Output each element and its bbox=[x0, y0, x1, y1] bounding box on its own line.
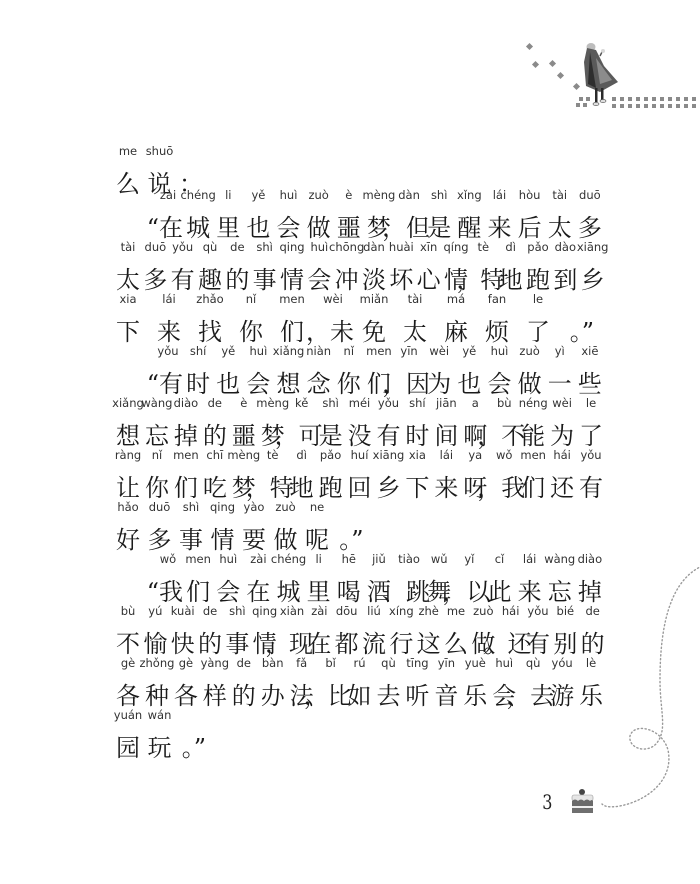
hanzi-char: 都 bbox=[332, 624, 362, 659]
hanzi-char: 让 bbox=[113, 468, 143, 503]
hanzi-char: 喝 bbox=[334, 572, 364, 607]
pinyin-row: tàiduōyǒuqùdeshìqinghuìchōngdànhuàixīnqí… bbox=[113, 240, 613, 256]
hanzi-char: 乡 bbox=[578, 260, 608, 295]
hanzi-char: 也 bbox=[243, 208, 273, 243]
hanzi-char: “我 bbox=[141, 572, 183, 607]
hanzi-row: “我们会在城里喝酒、跳舞，以此来忘掉 bbox=[113, 572, 613, 606]
hanzi-char: 太 bbox=[545, 208, 575, 243]
hanzi-char: 来 bbox=[484, 208, 514, 243]
hanzi-char: ，比 bbox=[304, 676, 346, 711]
hanzi-char: 的 bbox=[229, 676, 259, 711]
hanzi-char: 是 bbox=[316, 416, 346, 451]
hanzi-char: 么 bbox=[441, 624, 471, 659]
hanzi-char: 也 bbox=[454, 364, 484, 399]
hanzi-char: 没 bbox=[345, 416, 375, 451]
hanzi-char: 时 bbox=[402, 416, 432, 451]
hanzi-char: 们 bbox=[183, 572, 213, 607]
hanzi-char: 来 bbox=[515, 572, 545, 607]
pinyin-row: meshuō bbox=[113, 144, 613, 160]
hanzi-char: 各 bbox=[113, 676, 143, 711]
hanzi-char: 多 bbox=[575, 208, 605, 243]
hanzi-char: 来 bbox=[154, 312, 184, 347]
pinyin-row: hǎoduōshìqingyàozuòne bbox=[113, 500, 613, 516]
dotted-swirl-line-icon bbox=[602, 566, 700, 807]
hanzi-char: 想 bbox=[274, 364, 304, 399]
hanzi-char: 做 bbox=[515, 364, 545, 399]
hanzi-char: 噩 bbox=[229, 416, 259, 451]
hanzi-char: 烦 bbox=[482, 312, 512, 347]
pinyin-row: gèzhǒnggèyàngdebànfǎbǐrúqùtīngyīnyuèhuìq… bbox=[113, 656, 613, 672]
hanzi-char: 会 bbox=[243, 364, 273, 399]
pinyin-syllable: le bbox=[566, 396, 616, 410]
hanzi-char: 好 bbox=[113, 520, 143, 555]
hanzi-char: 跑 bbox=[316, 468, 346, 503]
hanzi-char: 乐 bbox=[576, 676, 606, 711]
hanzi-char: 如 bbox=[345, 676, 375, 711]
pinyin-syllable: diào bbox=[565, 552, 615, 566]
hanzi-char: 别 bbox=[550, 624, 580, 659]
hanzi-char: ，特 bbox=[246, 468, 288, 503]
pinyin-syllable: duō bbox=[565, 188, 615, 202]
pinyin-row: wǒmenhuìzàichénglihējiǔtiàowǔyǐcǐláiwàng… bbox=[113, 552, 613, 568]
hanzi-char: ，现 bbox=[265, 624, 307, 659]
hanzi-char: 能 bbox=[518, 416, 548, 451]
pinyin-syllable: wán bbox=[135, 708, 185, 722]
hanzi-char: 。” bbox=[322, 520, 364, 555]
hanzi-char: 心 bbox=[414, 260, 444, 295]
hanzi-char: 的 bbox=[195, 624, 225, 659]
hanzi-char: 坏 bbox=[386, 260, 416, 295]
pinyin-syllable: ne bbox=[292, 500, 342, 514]
hanzi-row: “在城里也会做噩梦，但是醒来后太多 bbox=[113, 208, 613, 242]
hanzi-char: 间 bbox=[431, 416, 461, 451]
hanzi-char: 些 bbox=[575, 364, 605, 399]
hanzi-char: 做 bbox=[271, 520, 301, 555]
hanzi-char: 里 bbox=[304, 572, 334, 607]
hanzi-char: 。” bbox=[164, 728, 206, 763]
hanzi-char: ，但 bbox=[382, 208, 424, 243]
pinyin-row: yǒushíyěhuìxiǎngniànnǐmenyīnwèiyěhuìzuòy… bbox=[113, 344, 613, 360]
hanzi-char: 想 bbox=[113, 416, 143, 451]
pinyin-row: bùyúkuàideshìqingxiànzàidōuliúxíngzhèmez… bbox=[113, 604, 613, 620]
hanzi-char: 多 bbox=[145, 520, 175, 555]
pinyin-syllable: yǒu bbox=[566, 448, 616, 462]
hanzi-char: 做 bbox=[304, 208, 334, 243]
cake-icon bbox=[572, 789, 593, 813]
hanzi-char: 乡 bbox=[373, 468, 403, 503]
hanzi-char: 你 bbox=[236, 312, 266, 347]
hanzi-char: 醒 bbox=[454, 208, 484, 243]
hanzi-char: 忘 bbox=[142, 416, 172, 451]
hanzi-char: 掉 bbox=[575, 572, 605, 607]
hanzi-char: 下 bbox=[402, 468, 432, 503]
storybook-page: meshuō么说： zàichéngliyěhuìzuòèmèngdànshìx… bbox=[0, 0, 700, 884]
hanzi-char: 会 bbox=[484, 364, 514, 399]
pinyin-row: xialáizhǎonǐmenwèimiǎntàimáfanle bbox=[113, 292, 613, 308]
hanzi-char: 念 bbox=[304, 364, 334, 399]
hanzi-char: “在 bbox=[141, 208, 183, 243]
hanzi-char: 。还 bbox=[484, 624, 526, 659]
hanzi-char: 这 bbox=[414, 624, 444, 659]
hanzi-char: 你 bbox=[334, 364, 364, 399]
hanzi-char: 样 bbox=[200, 676, 230, 711]
hanzi-char: 有 bbox=[576, 468, 606, 503]
hanzi-char: “有 bbox=[141, 364, 183, 399]
hanzi-char: 办 bbox=[258, 676, 288, 711]
hanzi-char: 你 bbox=[142, 468, 172, 503]
hanzi-char: 有 bbox=[523, 624, 553, 659]
pinyin-syllable: xiāng bbox=[568, 240, 618, 254]
cloaked-figure-icon bbox=[584, 43, 618, 106]
hanzi-char: 情 bbox=[277, 260, 307, 295]
hanzi-char: 了 bbox=[523, 312, 553, 347]
scattered-dots-icon bbox=[526, 43, 580, 90]
hanzi-char: 里 bbox=[213, 208, 243, 243]
hanzi-char: 免 bbox=[359, 312, 389, 347]
hanzi-row: 园玩。” bbox=[113, 728, 613, 762]
hanzi-char: 、跳 bbox=[382, 572, 424, 607]
hanzi-char: 太 bbox=[400, 312, 430, 347]
hanzi-char: 噩 bbox=[334, 208, 364, 243]
hanzi-char: 下 bbox=[113, 312, 143, 347]
hanzi-char: 麻 bbox=[441, 312, 471, 347]
hanzi-char: 会 bbox=[304, 260, 334, 295]
hanzi-char: 也 bbox=[213, 364, 243, 399]
hanzi-char: 在 bbox=[304, 624, 334, 659]
hanzi-char: 去 bbox=[373, 676, 403, 711]
hanzi-char: 事 bbox=[176, 520, 206, 555]
hanzi-char: 流 bbox=[359, 624, 389, 659]
hanzi-char: 是 bbox=[424, 208, 454, 243]
hanzi-char: 事 bbox=[250, 260, 280, 295]
hanzi-char: 有 bbox=[373, 416, 403, 451]
hanzi-char: ，未 bbox=[306, 312, 348, 347]
page-number: 3 bbox=[542, 790, 552, 814]
hanzi-row: 下来找你们，未免太麻烦了。” bbox=[113, 312, 613, 346]
hanzi-char: 不 bbox=[113, 624, 143, 659]
hanzi-char: 城 bbox=[183, 208, 213, 243]
hanzi-char: 地 bbox=[287, 468, 317, 503]
pinyin-syllable: lè bbox=[566, 656, 616, 670]
hanzi-char: 园 bbox=[113, 728, 143, 763]
hanzi-char: 在 bbox=[243, 572, 273, 607]
hanzi-char: 此 bbox=[484, 572, 514, 607]
hanzi-row: 好多事情要做呢。” bbox=[113, 520, 613, 554]
hanzi-char: 的 bbox=[222, 260, 252, 295]
hanzi-char: 们 bbox=[171, 468, 201, 503]
hanzi-char: 各 bbox=[171, 676, 201, 711]
pinyin-row: zàichéngliyěhuìzuòèmèngdànshìxǐngláihòut… bbox=[113, 188, 613, 204]
hanzi-char: 掉 bbox=[171, 416, 201, 451]
hanzi-char: ，去 bbox=[506, 676, 548, 711]
hanzi-char: ，因 bbox=[382, 364, 424, 399]
hanzi-char: 太 bbox=[113, 260, 143, 295]
hanzi-row: 想忘掉的噩梦，可是没有时间啊，不能为了 bbox=[113, 416, 613, 450]
hanzi-char: 忘 bbox=[545, 572, 575, 607]
hanzi-char: 一 bbox=[545, 364, 575, 399]
hanzi-char: 来 bbox=[431, 468, 461, 503]
hanzi-char: ，可 bbox=[275, 416, 317, 451]
hanzi-char: 吃 bbox=[200, 468, 230, 503]
hanzi-char: 快 bbox=[168, 624, 198, 659]
hanzi-char: 到 bbox=[550, 260, 580, 295]
hanzi-char: 愉 bbox=[140, 624, 170, 659]
hanzi-char: 事 bbox=[222, 624, 252, 659]
pinyin-syllable: xiē bbox=[565, 344, 615, 358]
hanzi-row: 太多有趣的事情会冲淡坏心情，特地跑到乡 bbox=[113, 260, 613, 294]
hanzi-char: 游 bbox=[547, 676, 577, 711]
hanzi-char: 种 bbox=[142, 676, 172, 711]
hanzi-char: 时 bbox=[183, 364, 213, 399]
hanzi-char: 音 bbox=[431, 676, 461, 711]
hanzi-char: 会 bbox=[213, 572, 243, 607]
hanzi-row: 各种各样的办法，比如去听音乐会，去游乐 bbox=[113, 676, 613, 710]
pinyin-syllable: de bbox=[568, 604, 618, 618]
hanzi-char: 回 bbox=[345, 468, 375, 503]
hanzi-char: 听 bbox=[402, 676, 432, 711]
hanzi-char: 地 bbox=[496, 260, 526, 295]
hanzi-char: 趣 bbox=[195, 260, 225, 295]
dotted-path-icon bbox=[576, 97, 696, 108]
hanzi-char: ，不 bbox=[477, 416, 519, 451]
hanzi-char: 有 bbox=[168, 260, 198, 295]
hanzi-char: 找 bbox=[195, 312, 225, 347]
hanzi-char: 冲 bbox=[332, 260, 362, 295]
hanzi-char: 们 bbox=[277, 312, 307, 347]
hanzi-char: 们 bbox=[518, 468, 548, 503]
hanzi-char: 。” bbox=[552, 312, 594, 347]
hanzi-char: ，我 bbox=[477, 468, 519, 503]
hanzi-char: 为 bbox=[424, 364, 454, 399]
hanzi-char: 行 bbox=[386, 624, 416, 659]
hanzi-char: ，以 bbox=[442, 572, 484, 607]
pinyin-row: xiǎngwàngdiàodeèmèngkěshìméiyǒushíjiānab… bbox=[113, 396, 613, 412]
hanzi-char: 淡 bbox=[359, 260, 389, 295]
hanzi-char: 为 bbox=[547, 416, 577, 451]
hanzi-row: 让你们吃梦，特地跑回乡下来呀，我们还有 bbox=[113, 468, 613, 502]
hanzi-char: ，特 bbox=[456, 260, 498, 295]
hanzi-char: 跑 bbox=[523, 260, 553, 295]
hanzi-char: 多 bbox=[140, 260, 170, 295]
pinyin-syllable: shuō bbox=[135, 144, 185, 158]
hanzi-char: 城 bbox=[274, 572, 304, 607]
pinyin-syllable: le bbox=[513, 292, 563, 306]
pinyin-row: yuánwán bbox=[113, 708, 613, 724]
hanzi-char: 的 bbox=[578, 624, 608, 659]
hanzi-char: 还 bbox=[547, 468, 577, 503]
hanzi-row: 不愉快的事情，现在都流行这么做。还有别的 bbox=[113, 624, 613, 658]
pinyin-row: ràngnǐmenchīmèngtèdìpǎohuíxiāngxialáiyaw… bbox=[113, 448, 613, 464]
hanzi-char: 会 bbox=[274, 208, 304, 243]
hanzi-char: 情 bbox=[208, 520, 238, 555]
hanzi-row: “有时也会想念你们，因为也会做一些 bbox=[113, 364, 613, 398]
hanzi-char: 的 bbox=[200, 416, 230, 451]
hanzi-char: 了 bbox=[576, 416, 606, 451]
hanzi-char: 乐 bbox=[460, 676, 490, 711]
hanzi-char: 后 bbox=[515, 208, 545, 243]
hanzi-char: 要 bbox=[239, 520, 269, 555]
